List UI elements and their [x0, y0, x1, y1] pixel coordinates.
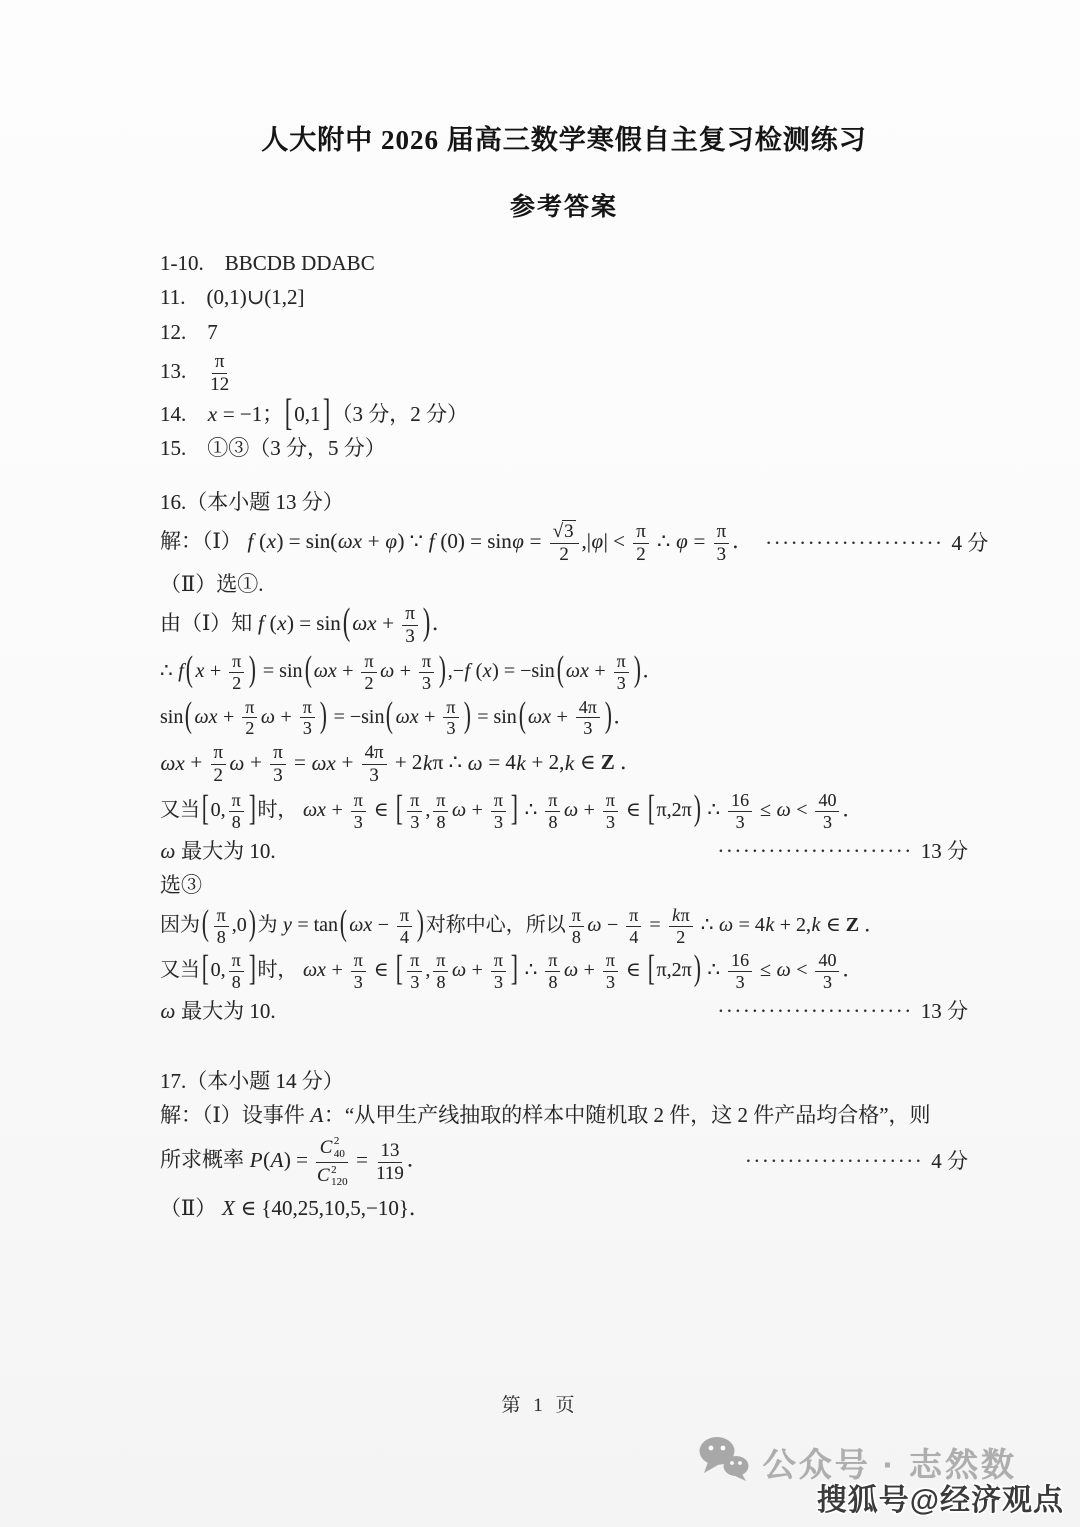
math-text: π	[245, 697, 254, 717]
big-delimiter: [	[285, 387, 292, 440]
math-text: 3	[446, 718, 455, 738]
denominator: 8	[436, 972, 445, 992]
math-text: 对称中心，所以	[426, 914, 566, 936]
page-number: 第 1 页	[0, 1390, 1080, 1417]
answer-line: 又当[0,π8]时， ωx + π3 ∈ [π3,π8ω + π3] ∴ π8ω…	[160, 791, 968, 832]
numerator: π	[433, 951, 448, 972]
math-text: 时，	[257, 799, 302, 821]
big-delimiter: (	[340, 898, 347, 948]
math-text: 13	[381, 1140, 400, 1161]
math-var: ωx	[352, 611, 377, 635]
fraction: π3	[614, 652, 629, 693]
math-var: y	[282, 914, 292, 936]
math-text: π	[215, 351, 225, 372]
math-text: （Ⅱ）	[160, 1196, 222, 1220]
math-text: <	[791, 799, 812, 821]
score-tail: ·····················4 分	[753, 529, 988, 558]
math-text: 3	[354, 812, 363, 832]
denominator: 3	[606, 972, 615, 992]
math-text: +	[395, 660, 416, 682]
fraction: π12	[210, 352, 229, 395]
score-label: 13 分	[921, 997, 968, 1026]
math-text: π	[354, 950, 363, 970]
math-text: 3	[823, 812, 832, 832]
math-text: 3	[422, 673, 431, 693]
denominator: 2	[365, 673, 374, 693]
answer-line: （Ⅱ）选①.	[160, 570, 968, 599]
math-var: ωx	[194, 706, 218, 728]
math-text: 8	[436, 812, 445, 832]
math-text: ∈	[369, 799, 394, 821]
numerator: π	[545, 791, 560, 812]
math-text: ∈	[369, 959, 394, 981]
math-var: ω	[451, 799, 466, 821]
math-var: ωx	[302, 959, 326, 981]
math-text: 40	[818, 950, 836, 970]
math-text: π	[606, 950, 615, 970]
fraction: π3	[351, 791, 366, 832]
score-label: 4 分	[951, 529, 988, 558]
numerator: π	[633, 522, 649, 544]
math-text: 3	[606, 972, 615, 992]
dotted-leader: ·····················	[745, 1147, 923, 1176]
fraction: π3	[351, 951, 366, 992]
math-var: x	[207, 402, 217, 426]
math-text: ) =	[284, 1148, 313, 1172]
math-text: 8	[232, 812, 241, 832]
formula: sin(ωx + π2ω + π3) = −sin(ωx + π3) = sin…	[160, 698, 634, 739]
fraction: π8	[229, 791, 244, 832]
math-var: ω	[776, 799, 791, 821]
denominator: 8	[232, 812, 241, 832]
numerator: π	[491, 791, 506, 812]
math-var: ω	[160, 839, 176, 863]
math-text: 因为	[160, 914, 200, 936]
math-text: +	[276, 706, 297, 728]
math-text: =	[289, 751, 311, 775]
math-text: +	[218, 706, 239, 728]
math-text: 2	[636, 544, 645, 565]
math-text: 3	[823, 972, 832, 992]
math-text: 3	[410, 812, 419, 832]
math-text: ．	[842, 959, 862, 981]
answer-line: ωx + π2ω + π3 = ωx + 4π3 + 2kπ ∴ ω = 4k …	[160, 743, 968, 786]
answer-line: 解：（Ⅰ）设事件 A：“从甲生产线抽取的样本中随机取 2 件，这 2 件产品均合…	[160, 1101, 968, 1130]
math-var: ω	[160, 999, 176, 1023]
math-var: ωx	[302, 799, 326, 821]
math-text: π	[410, 950, 419, 970]
math-var: ωx	[337, 529, 362, 553]
math-text: +	[579, 799, 600, 821]
math-text: = 4	[734, 914, 765, 936]
math-text: 8	[572, 927, 581, 947]
math-var: ω	[776, 959, 791, 981]
big-delimiter: (	[185, 690, 192, 740]
math-text: 4π	[579, 697, 597, 717]
fraction: π8	[229, 951, 244, 992]
numerator: π	[443, 698, 458, 719]
formula: 解：（Ⅰ） f (x) = sin(ωx + φ) ∵ f (0) = sinφ…	[160, 522, 753, 565]
big-delimiter: )	[694, 784, 701, 834]
math-text: ∴	[702, 959, 725, 981]
fraction: π8	[433, 951, 448, 992]
denominator: 3	[303, 718, 312, 738]
math-var: A	[310, 1103, 324, 1127]
math-text: ,	[425, 799, 430, 821]
numerator: kπ	[669, 906, 693, 927]
formula: 解：（Ⅰ）设事件 A：“从甲生产线抽取的样本中随机取 2 件，这 2 件产品均合…	[160, 1101, 931, 1130]
denominator: 3	[717, 544, 726, 565]
math-var: φ	[676, 529, 689, 553]
big-delimiter: )	[694, 944, 701, 994]
denominator: 3	[410, 972, 419, 992]
math-text: +	[362, 529, 384, 553]
math-text: 4π	[365, 742, 384, 763]
math-text: −	[602, 914, 623, 936]
formula: （Ⅱ）选①.	[160, 570, 264, 599]
math-text: π	[494, 790, 503, 810]
fraction: π8	[545, 951, 560, 992]
math-var: x	[482, 660, 492, 682]
math-text: 由（Ⅰ）知	[160, 611, 258, 635]
math-text: +	[245, 751, 267, 775]
fraction: π2	[211, 743, 227, 786]
fraction: 4π3	[362, 743, 387, 786]
math-text: 12. 7	[160, 320, 218, 344]
math-text: +	[467, 799, 488, 821]
math-text: ∈	[821, 914, 846, 936]
math-text: π	[214, 742, 224, 763]
bold-symbol: Z	[601, 751, 615, 775]
math-text: π	[422, 651, 431, 671]
numerator: π	[407, 791, 422, 812]
math-text: ) = sin	[287, 611, 341, 635]
math-text: π	[232, 950, 241, 970]
math-text: +	[336, 751, 358, 775]
math-text: 3	[617, 673, 626, 693]
answer-line: 15. ①③（3 分，5 分）	[160, 434, 968, 463]
superscript: 2	[334, 1135, 345, 1148]
math-text: ∴	[160, 660, 178, 682]
math-text: ．	[859, 914, 884, 936]
math-text: 解：（Ⅰ）	[160, 529, 247, 553]
math-text: 16.（本小题 13 分）	[160, 490, 344, 514]
watermark: 公众号 · 志然数 搜狐号@经济观点	[697, 1435, 1064, 1519]
big-delimiter: )	[439, 644, 446, 694]
bold-symbol: Z	[846, 914, 859, 936]
denominator: C2120	[317, 1163, 348, 1189]
numerator: 13	[378, 1141, 403, 1163]
math-text: ∴	[696, 914, 719, 936]
math-text: +	[326, 799, 347, 821]
answer-line: 1-10. BBCDB DDABC	[160, 249, 968, 278]
formula: 由（Ⅰ）知 f (x) = sin(ωx + π3)．	[160, 604, 453, 647]
answer-line: ω 最大为 10.·······················13 分	[160, 997, 968, 1026]
math-text: +	[579, 959, 600, 981]
math-text: 3	[606, 812, 615, 832]
math-var: φ	[591, 529, 604, 553]
math-text: 16	[731, 950, 749, 970]
math-text: 11. (0,1)∪(1,2]	[160, 285, 305, 309]
numerator: π	[270, 743, 286, 765]
denominator: 3	[736, 812, 745, 832]
math-text: 12	[210, 374, 229, 395]
numerator: π	[212, 352, 228, 374]
math-var: x	[266, 529, 276, 553]
math-text: π	[606, 790, 615, 810]
math-text: ) ∵	[397, 529, 428, 553]
math-text: 3	[405, 626, 414, 647]
math-text: −	[373, 914, 394, 936]
fraction: π3	[491, 951, 506, 992]
math-text: π	[364, 651, 373, 671]
denominator: 3	[617, 673, 626, 693]
big-delimiter: ]	[511, 784, 518, 834]
math-text: +	[419, 706, 440, 728]
math-text: 14.	[160, 402, 207, 426]
answer-line: 选③	[160, 871, 968, 900]
big-delimiter: )	[463, 690, 470, 740]
big-delimiter: )	[605, 690, 612, 740]
line-gap	[160, 1032, 968, 1062]
math-text: 1-10. BBCDB DDABC	[160, 251, 375, 275]
math-var: ωx	[313, 660, 337, 682]
denominator: 3	[583, 718, 592, 738]
math-text: = −1；	[218, 402, 284, 426]
script-base: C	[317, 1166, 331, 1186]
fraction: π2	[633, 522, 649, 565]
fraction: kπ2	[669, 906, 693, 947]
math-text: π	[436, 790, 445, 810]
math-text: ∴	[702, 799, 725, 821]
math-text: = −sin	[329, 706, 385, 728]
answer-line: 又当[0,π8]时， ωx + π3 ∈ [π3,π8ω + π3] ∴ π8ω…	[160, 951, 968, 992]
fraction: 403	[815, 791, 839, 832]
math-text: 为	[257, 914, 282, 936]
math-text: ,0	[232, 914, 247, 936]
answer-line: 因为(π8,0)为 y = tan(ωx − π4)对称中心，所以π8ω − π…	[160, 906, 968, 947]
big-delimiter: [	[202, 944, 209, 994]
fraction: 403	[815, 951, 839, 992]
big-delimiter: )	[417, 898, 424, 948]
numerator: π	[351, 951, 366, 972]
math-text: +	[589, 660, 610, 682]
math-text: ,	[425, 959, 430, 981]
math-var: ω	[467, 751, 483, 775]
math-text: +	[185, 751, 207, 775]
math-var: ω	[563, 959, 578, 981]
math-var: ω	[229, 751, 245, 775]
big-delimiter: (	[386, 690, 393, 740]
math-text: 3	[369, 765, 378, 786]
math-text: π	[681, 905, 690, 925]
answer-line: 13. π12	[160, 352, 968, 395]
math-text: π	[303, 697, 312, 717]
math-text: ≤	[755, 959, 776, 981]
math-var: k	[564, 751, 574, 775]
math-text: ≤	[755, 799, 776, 821]
math-text: 2	[245, 718, 254, 738]
math-text: ∈	[575, 751, 601, 775]
big-delimiter: (	[343, 596, 350, 649]
sohu-watermark-label: 搜狐号@经济观点	[817, 1475, 1064, 1519]
math-text: 又当	[160, 799, 200, 821]
math-var: ωx	[160, 751, 185, 775]
math-var: X	[222, 1196, 236, 1220]
math-text: 3	[717, 544, 726, 565]
formula: 16.（本小题 13 分）	[160, 488, 344, 517]
denominator: 119	[376, 1163, 404, 1184]
answer-line: 解：（Ⅰ） f (x) = sin(ωx + φ) ∵ f (0) = sinφ…	[160, 522, 968, 565]
denominator: 4	[629, 927, 638, 947]
numerator: 4π	[362, 743, 387, 765]
fraction: C240C2120	[316, 1135, 348, 1188]
denominator: 8	[548, 812, 557, 832]
math-text: 8	[548, 812, 557, 832]
script-stack: 2120	[331, 1164, 347, 1189]
denominator: 2	[232, 673, 241, 693]
dotted-leader: ·····················	[765, 529, 943, 558]
math-text: 2	[232, 673, 241, 693]
numerator: 4π	[576, 698, 600, 719]
math-text: 解：（Ⅰ）设事件	[160, 1103, 310, 1127]
numerator: π	[569, 906, 584, 927]
answer-line: 11. (0,1)∪(1,2]	[160, 283, 968, 312]
math-var: ωx	[527, 706, 551, 728]
math-text: (	[471, 660, 483, 682]
math-var: ωx	[395, 706, 419, 728]
formula: （Ⅱ） X ∈ {40,25,10,5,−10}．	[160, 1194, 430, 1223]
denominator: 3	[422, 673, 431, 693]
math-text: π	[410, 790, 419, 810]
math-var: ω	[563, 799, 578, 821]
numerator: π	[545, 951, 560, 972]
math-text: π	[273, 742, 283, 763]
big-delimiter: )	[249, 898, 256, 948]
formula: 11. (0,1)∪(1,2]	[160, 283, 305, 312]
math-text: π,2π	[656, 799, 691, 821]
numerator: 40	[815, 951, 839, 972]
sqrt-radical: √3	[553, 521, 576, 542]
answer-line: 14. x = −1；[0,1]（3 分，2 分）	[160, 400, 968, 429]
math-text: π	[617, 651, 626, 671]
math-text: 最大为 10.	[176, 839, 276, 863]
fraction: π4	[626, 906, 641, 947]
math-var: ω	[380, 660, 395, 682]
line-gap	[160, 469, 968, 483]
math-text: ∴	[520, 959, 543, 981]
math-text: ．	[842, 799, 862, 821]
denominator: 2	[636, 544, 645, 565]
scripted-symbol: C2120	[317, 1164, 348, 1189]
math-var: ω	[718, 914, 733, 936]
numerator: π	[491, 951, 506, 972]
fraction: π3	[443, 698, 458, 739]
math-text: 40	[818, 790, 836, 810]
answer-line: 16.（本小题 13 分）	[160, 488, 968, 517]
math-text: 2	[214, 765, 223, 786]
math-text: π	[232, 790, 241, 810]
math-text: ) = −sin	[492, 660, 555, 682]
numerator: π	[407, 951, 422, 972]
formula: 1-10. BBCDB DDABC	[160, 249, 375, 278]
denominator: 3	[369, 765, 378, 786]
formula: 15. ①③（3 分，5 分）	[160, 434, 386, 463]
math-text: π	[400, 905, 409, 925]
denominator: 3	[736, 972, 745, 992]
answer-lines: 1-10. BBCDB DDABC11. (0,1)∪(1,2]12. 713.…	[160, 249, 968, 1223]
big-delimiter: ]	[249, 784, 256, 834]
math-text: 2	[365, 673, 374, 693]
math-text: 8	[436, 972, 445, 992]
math-text: ) = sin(	[276, 529, 337, 553]
math-text: 3	[583, 718, 592, 738]
math-text: 选③	[160, 873, 202, 897]
math-var: P	[249, 1148, 263, 1172]
numerator: π	[433, 791, 448, 812]
score-label: 13 分	[921, 837, 968, 866]
math-var: f	[178, 660, 185, 682]
math-text: ．	[614, 706, 634, 728]
numerator: π	[603, 791, 618, 812]
numerator: 40	[815, 791, 839, 812]
big-delimiter: )	[423, 596, 430, 649]
math-text: 2	[559, 544, 568, 565]
formula: 选③	[160, 871, 202, 900]
formula: 因为(π8,0)为 y = tan(ωx − π4)对称中心，所以π8ω − π…	[160, 906, 884, 947]
math-var: k	[811, 914, 821, 936]
math-text: ,−	[448, 660, 464, 682]
denominator: 3	[494, 972, 503, 992]
numerator: π	[626, 906, 641, 927]
math-var: ωx	[349, 914, 373, 936]
denominator: 12	[210, 374, 229, 395]
math-text: π	[405, 603, 415, 624]
math-var: A	[270, 1148, 284, 1172]
formula: 又当[0,π8]时， ωx + π3 ∈ [π3,π8ω + π3] ∴ π8ω…	[160, 791, 862, 832]
fraction: π3	[603, 951, 618, 992]
numerator: 16	[728, 791, 752, 812]
numerator: 16	[728, 951, 752, 972]
denominator: 8	[232, 972, 241, 992]
math-text: ,|	[582, 529, 591, 553]
formula: ωx + π2ω + π3 = ωx + 4π3 + 2kπ ∴ ω = 4k …	[160, 743, 641, 786]
fraction: π2	[229, 652, 244, 693]
formula: 又当[0,π8]时， ωx + π3 ∈ [π3,π8ω + π3] ∴ π8ω…	[160, 951, 862, 992]
fraction: π3	[419, 652, 434, 693]
fraction: π8	[569, 906, 584, 947]
math-text: （Ⅱ）选①.	[160, 572, 264, 596]
math-text: =	[351, 1148, 373, 1172]
math-text: 8	[548, 972, 557, 992]
denominator: 2	[214, 765, 223, 786]
big-delimiter: [	[648, 784, 655, 834]
fraction: π8	[214, 906, 229, 947]
math-text: = 4	[483, 751, 516, 775]
score-label: 4 分	[931, 1147, 968, 1176]
big-delimiter: )	[320, 690, 327, 740]
big-delimiter: (	[304, 644, 311, 694]
fraction: π3	[714, 522, 730, 565]
math-var: ω	[587, 914, 602, 936]
numerator: π	[214, 906, 229, 927]
math-text: +	[467, 959, 488, 981]
math-text: ∴	[652, 529, 676, 553]
fraction: π3	[402, 604, 418, 647]
numerator: π	[402, 604, 418, 626]
denominator: 3	[354, 812, 363, 832]
math-text: =	[524, 529, 546, 553]
